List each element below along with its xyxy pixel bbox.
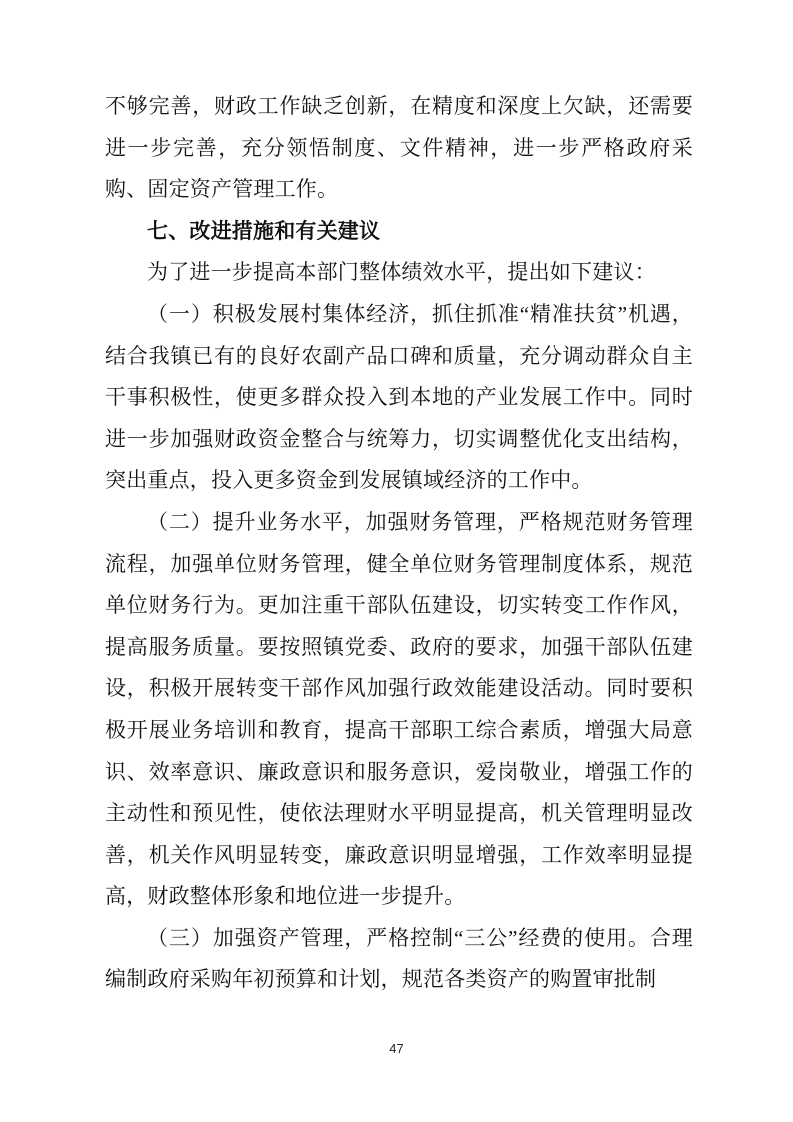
page-number: 47 <box>0 1041 793 1056</box>
paragraph-continuation: 不够完善，财政工作缺乏创新，在精度和深度上欠缺，还需要进一步完善，充分领悟制度、… <box>105 86 693 211</box>
document-page: 不够完善，财政工作缺乏创新，在精度和深度上欠缺，还需要进一步完善，充分领悟制度、… <box>0 0 793 1122</box>
paragraph-suggestion-1: （一）积极发展村集体经济，抓住抓准“精准扶贫”机遇，结合我镇已有的良好农副产品口… <box>105 294 693 502</box>
paragraph-suggestion-3: （三）加强资产管理，严格控制“三公”经费的使用。合理编制政府采购年初预算和计划，… <box>105 918 693 1001</box>
document-body: 不够完善，财政工作缺乏创新，在精度和深度上欠缺，还需要进一步完善，充分领悟制度、… <box>105 86 693 1001</box>
section-heading: 七、改进措施和有关建议 <box>105 211 693 253</box>
paragraph-intro: 为了进一步提高本部门整体绩效水平，提出如下建议： <box>105 252 693 294</box>
paragraph-suggestion-2: （二）提升业务水平，加强财务管理，严格规范财务管理流程，加强单位财务管理，健全单… <box>105 502 693 918</box>
